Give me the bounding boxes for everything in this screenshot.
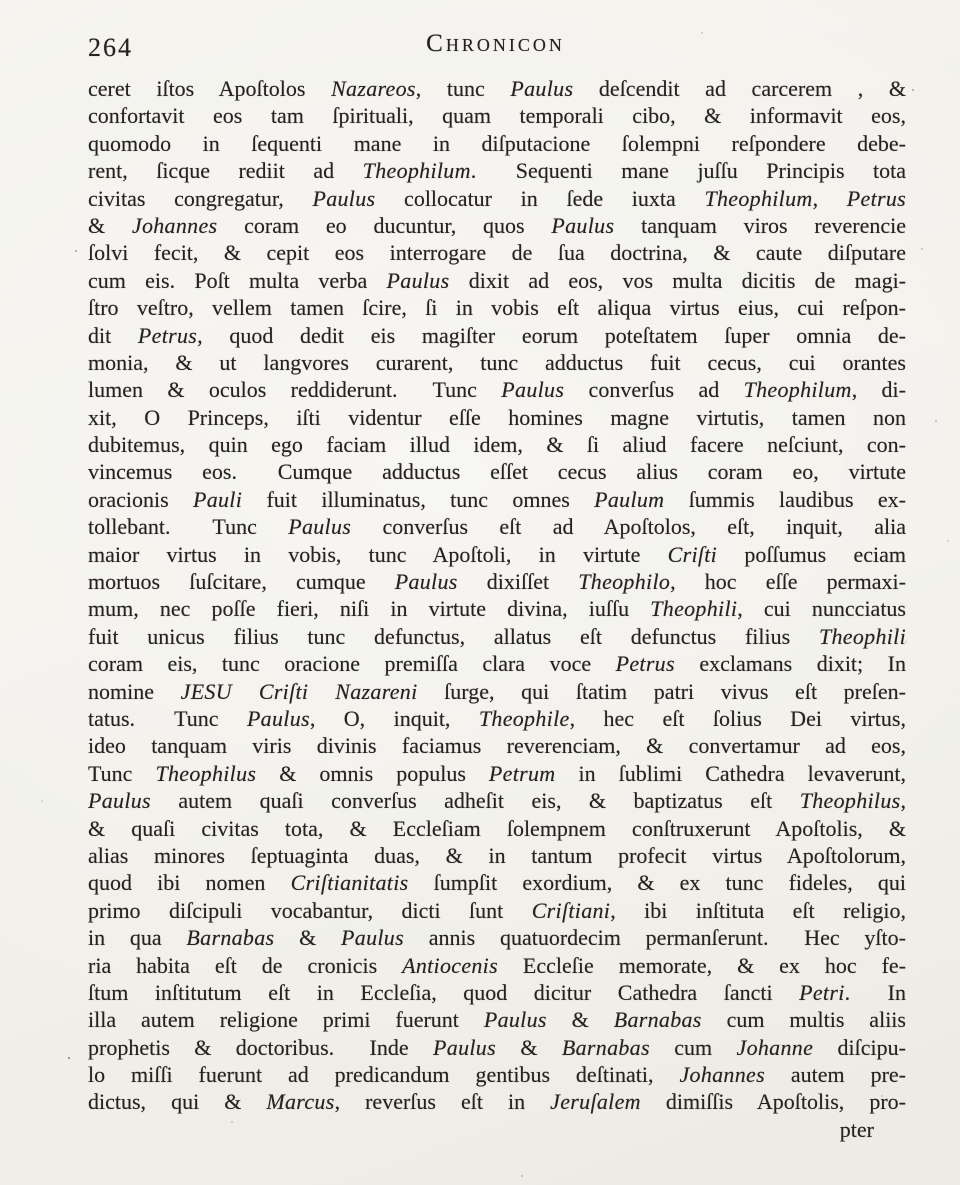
text-segment: prophetis & doctoribus. Inde [88,1035,433,1060]
text-segment: primo diſcipuli vocabantur, dicti ſunt [88,898,532,923]
text-line: dictus, qui & Marcus, reverſus eſt in Je… [88,1088,906,1115]
text-line: ria habita eſt de cronicis Antiocenis Ec… [88,952,906,979]
text-segment: maior virtus in vobis, tunc Apoſtoli, in… [88,542,668,567]
text-segment: , ibi inſtituta eſt religio, [610,898,906,923]
proper-name-italic: Barnabas [562,1035,650,1060]
text-segment: poſſumus eciam [717,542,906,567]
text-segment: dubitemus, quin ego faciam illud idem, &… [88,432,906,457]
proper-name-italic: Paulus [88,788,151,813]
text-segment: oracionis [88,487,193,512]
text-line: rent, ſicque rediit ad Theophilum. Seque… [88,157,906,184]
text-segment: cum multis aliis [702,1007,906,1032]
text-segment: , hec eſt ſolius Dei virtus, [570,706,906,731]
proper-name-italic: Petrum [489,761,556,786]
proper-name-italic: Paulus [551,213,614,238]
text-segment: in qua [88,925,186,950]
text-segment: diſcipu- [813,1035,906,1060]
text-line: monia, & ut langvores curarent, tunc add… [88,349,906,376]
text-segment: , cui nuncciatus [737,596,906,621]
text-line: tollebant. Tunc Paulus converſus eſt ad … [88,513,906,540]
proper-name-italic: Paulus [288,514,351,539]
text-segment: illa autem religione primi fuerunt [88,1007,484,1032]
text-segment: , di- [852,377,906,402]
text-segment: dixiſſet [458,569,579,594]
text-segment: autem quaſi converſus adheſit eis, & bap… [151,788,800,813]
text-segment: alias minores ſeptuaginta duas, & in tan… [88,843,906,868]
proper-name-italic: Paulus [387,268,450,293]
text-line: oracionis Pauli fuit illuminatus, tunc o… [88,486,906,513]
text-segment: in ſublimi Cathedra levaverunt, [555,761,906,786]
text-segment: lumen & oculos reddiderunt. Tunc [88,377,501,402]
text-segment: & [496,1035,562,1060]
text-segment: fuit illuminatus, tunc omnes [242,487,594,512]
text-segment: , O, inquit, [310,706,479,731]
proper-name-italic: Paulus [510,76,573,101]
text-segment: lo miſſi fuerunt ad predicandum gentibus… [88,1062,679,1087]
proper-name-italic: Nazareos [331,76,416,101]
text-segment: ria habita eſt de cronicis [88,953,402,978]
proper-name-italic: Criſtiani [532,898,611,923]
text-line: ideo tanquam viris divinis faciamus reve… [88,732,906,759]
text-segment: nomine [88,679,181,704]
text-segment: converſus eſt ad Apoſtolos, eſt, inquit,… [351,514,906,539]
catchword: pter [840,1117,874,1142]
text-segment: , [813,186,847,211]
text-segment: coram eo ducuntur, quos [217,213,551,238]
text-segment: collocatur in ſede iuxta [375,186,704,211]
proper-name-italic: Barnabas [186,925,274,950]
text-line: nomine JESU Criſti Nazareni ſurge, qui ſ… [88,678,906,705]
text-line: dubitemus, quin ego faciam illud idem, &… [88,431,906,458]
text-line: Tunc Theophilus & omnis populus Petrum i… [88,760,906,787]
text-segment: vincemus eos. Cumque adductus eſſet cecu… [88,459,906,484]
proper-name-italic: Pauli [193,487,242,512]
proper-name-italic: Theophili [650,596,737,621]
text-segment: & [88,213,132,238]
text-segment: . In [845,980,906,1005]
text-segment: dit [88,323,138,348]
text-segment: coram eis, tunc oracione premiſſa clara … [88,651,616,676]
proper-name-italic: Theophile [479,706,570,731]
proper-name-italic: Paulum [594,487,664,512]
proper-name-italic: Theophilo [578,569,670,594]
text-segment: ſummis laudibus ex- [664,487,906,512]
text-line: xit, O Princeps, iſti videntur eſſe homi… [88,404,906,431]
text-line: lumen & oculos reddiderunt. Tunc Paulus … [88,376,906,403]
proper-name-italic: Johanne [737,1035,814,1060]
text-segment: rent, ſicque rediit ad [88,158,363,183]
text-segment: mortuos ſuſcitare, cumque [88,569,395,594]
text-line: ſtum inſtitutum eſt in Eccleſia, quod di… [88,979,906,1006]
text-line: confortavit eos tam ſpirituali, quam tem… [88,102,906,129]
text-segment: ſtum inſtitutum eſt in Eccleſia, quod di… [88,980,799,1005]
text-line: civitas congregatur, Paulus collocatur i… [88,185,906,212]
text-line: & quaſi civitas tota, & Eccleſiam ſolemp… [88,815,906,842]
text-segment: mum, nec poſſe fieri, niſi in virtute di… [88,596,650,621]
text-segment: , hoc eſſe permaxi- [670,569,906,594]
text-segment: , reverſus eſt in [335,1089,551,1114]
text-line: ſolvi fecit, & cepit eos interrogare de … [88,239,906,266]
text-segment: civitas congregatur, [88,186,312,211]
text-segment: quomodo in ſequenti mane in diſputacione… [88,131,906,156]
text-line: tatus. Tunc Paulus, O, inquit, Theophile… [88,705,906,732]
text-segment: ideo tanquam viris divinis faciamus reve… [88,733,906,758]
proper-name-italic: Theophilum [363,158,471,183]
text-line: illa autem religione primi fuerunt Paulu… [88,1006,906,1033]
text-line: alias minores ſeptuaginta duas, & in tan… [88,842,906,869]
text-segment: & quaſi civitas tota, & Eccleſiam ſolemp… [88,816,906,841]
text-line: maior virtus in vobis, tunc Apoſtoli, in… [88,541,906,568]
text-segment: fuit unicus filius tunc defunctus, allat… [88,624,819,649]
page-header: 264 Chronicon [88,30,903,66]
text-segment: dixit ad eos, vos multa dicitis de magi- [449,268,906,293]
text-segment: tanquam viros reverencie [614,213,906,238]
text-segment: dimiſſis Apoſtolis, pro- [641,1089,906,1114]
proper-name-italic: Paulus [433,1035,496,1060]
text-segment: , [901,788,907,813]
text-segment: cum [650,1035,737,1060]
text-line: vincemus eos. Cumque adductus eſſet cecu… [88,458,906,485]
proper-name-italic: Paulus [501,377,564,402]
proper-name-italic: Theophilus [800,788,901,813]
scanned-book-page: 264 Chronicon ceret iſtos Apoſtolos Naza… [0,0,960,1185]
catchword-row: pter [88,1116,906,1143]
text-segment: tatus. Tunc [88,706,247,731]
proper-name-italic: Marcus [266,1089,334,1114]
proper-name-italic: Antiocenis [402,953,498,978]
text-segment: cum eis. Poſt multa verba [88,268,387,293]
text-line: primo diſcipuli vocabantur, dicti ſunt C… [88,897,906,924]
text-segment: Eccleſie memorate, & ex hoc fe- [498,953,906,978]
proper-name-italic: Petri [799,980,845,1005]
proper-name-italic: Theophili [819,624,906,649]
text-segment: converſus ad [564,377,743,402]
text-segment: & [274,925,341,950]
proper-name-italic: Theophilum [744,377,852,402]
proper-name-italic: Theophilus [155,761,256,786]
text-segment: tollebant. Tunc [88,514,288,539]
text-line: & Johannes coram eo ducuntur, quos Paulu… [88,212,906,239]
text-segment: autem pre- [765,1062,906,1087]
text-segment: annis quatuordecim permanſerunt. Hec yſt… [404,925,906,950]
text-segment: , quod dedit eis magiſter eorum poteſtat… [197,323,906,348]
text-segment: exclamans dixit; In [675,651,906,676]
text-line: quomodo in ſequenti mane in diſputacione… [88,130,906,157]
text-segment: quod ibi nomen [88,870,291,895]
proper-name-italic: Paulus [341,925,404,950]
text-line: cum eis. Poſt multa verba Paulus dixit a… [88,267,906,294]
text-segment: xit, O Princeps, iſti videntur eſſe homi… [88,405,906,430]
proper-name-italic: Johannes [132,213,218,238]
text-segment: deſcendit ad carcerem , & [573,76,906,101]
text-segment: ceret iſtos Apoſtolos [88,76,331,101]
proper-name-italic: Theophilum [704,186,812,211]
text-line: lo miſſi fuerunt ad predicandum gentibus… [88,1061,906,1088]
text-line: mortuos ſuſcitare, cumque Paulus dixiſſe… [88,568,906,595]
text-line: mum, nec poſſe fieri, niſi in virtute di… [88,595,906,622]
text-line: dit Petrus, quod dedit eis magiſter eoru… [88,322,906,349]
text-line: prophetis & doctoribus. Inde Paulus & Ba… [88,1034,906,1061]
text-line: quod ibi nomen Criſtianitatis ſumpſit ex… [88,869,906,896]
text-segment: ſtro veſtro, vellem tamen ſcire, ſi in v… [88,295,906,320]
proper-name-italic: Paulus [247,706,310,731]
text-segment: ſurge, qui ſtatim patri vivus eſt preſen… [418,679,906,704]
proper-name-italic: Paulus [312,186,375,211]
text-segment: dictus, qui & [88,1089,266,1114]
proper-name-italic: JESU Criſti Nazareni [181,679,418,704]
text-segment: & [547,1007,614,1032]
text-line: Paulus autem quaſi converſus adheſit eis… [88,787,906,814]
text-segment: ſolvi fecit, & cepit eos interrogare de … [88,240,906,265]
text-line: coram eis, tunc oracione premiſſa clara … [88,650,906,677]
proper-name-italic: Petrus [138,323,197,348]
proper-name-italic: Barnabas [614,1007,702,1032]
text-segment: . Sequenti mane juſſu Principis tota [471,158,906,183]
proper-name-italic: Jeruſalem [550,1089,641,1114]
text-segment: confortavit eos tam ſpirituali, quam tem… [88,103,906,128]
text-segment: monia, & ut langvores curarent, tunc add… [88,350,906,375]
text-line: in qua Barnabas & Paulus annis quatuorde… [88,924,906,951]
text-segment: , tunc [416,76,511,101]
text-line: ſtro veſtro, vellem tamen ſcire, ſi in v… [88,294,906,321]
running-title: Chronicon [88,30,903,58]
text-segment: & omnis populus [256,761,489,786]
proper-name-italic: Criſtianitatis [291,870,409,895]
proper-name-italic: Paulus [395,569,458,594]
text-line: fuit unicus filius tunc defunctus, allat… [88,623,906,650]
proper-name-italic: Petrus [616,651,675,676]
text-line: ceret iſtos Apoſtolos Nazareos, tunc Pau… [88,75,906,102]
proper-name-italic: Paulus [484,1007,547,1032]
text-segment: Tunc [88,761,155,786]
text-segment: ſumpſit exordium, & ex tunc fideles, qui [409,870,907,895]
proper-name-italic: Petrus [847,186,906,211]
proper-name-italic: Criſti [668,542,718,567]
page-body-text: ceret iſtos Apoſtolos Nazareos, tunc Pau… [88,75,906,1116]
proper-name-italic: Johannes [679,1062,765,1087]
